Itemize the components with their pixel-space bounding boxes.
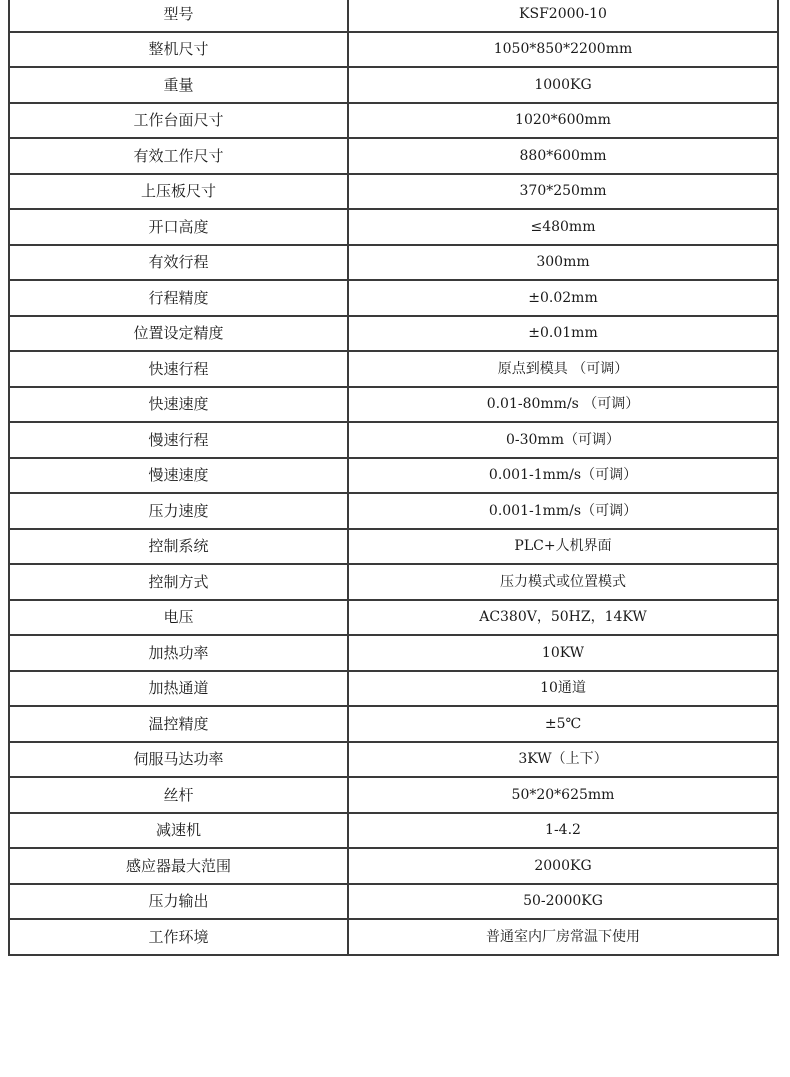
table-row: 工作环境普通室内厂房常温下使用 bbox=[9, 919, 778, 955]
spec-value-cell: 10通道 bbox=[348, 671, 778, 707]
table-row: 加热通道10通道 bbox=[9, 671, 778, 707]
spec-label-cell: 减速机 bbox=[9, 813, 348, 849]
spec-value-cell: 50*20*625mm bbox=[348, 777, 778, 813]
spec-label-cell: 位置设定精度 bbox=[9, 316, 348, 352]
table-row: 压力速度0.001-1mm/s（可调） bbox=[9, 493, 778, 529]
spec-label-cell: 加热功率 bbox=[9, 635, 348, 671]
spec-label-cell: 感应器最大范围 bbox=[9, 848, 348, 884]
table-row: 电压AC380V，50HZ，14KW bbox=[9, 600, 778, 636]
table-row: 快速速度0.01-80mm/s （可调） bbox=[9, 387, 778, 423]
spec-value-cell: PLC+人机界面 bbox=[348, 529, 778, 565]
table-row: 控制方式压力模式或位置模式 bbox=[9, 564, 778, 600]
spec-value-cell: 0-30mm（可调） bbox=[348, 422, 778, 458]
spec-label-cell: 控制系统 bbox=[9, 529, 348, 565]
spec-label-cell: 丝杆 bbox=[9, 777, 348, 813]
spec-label-cell: 压力输出 bbox=[9, 884, 348, 920]
spec-label-cell: 开口高度 bbox=[9, 209, 348, 245]
spec-label-cell: 压力速度 bbox=[9, 493, 348, 529]
spec-label-cell: 电压 bbox=[9, 600, 348, 636]
table-row: 整机尺寸1050*850*2200mm bbox=[9, 32, 778, 68]
spec-label-cell: 快速行程 bbox=[9, 351, 348, 387]
spec-value-cell: 300mm bbox=[348, 245, 778, 281]
table-row: 工作台面尺寸1020*600mm bbox=[9, 103, 778, 139]
spec-value-cell: 1020*600mm bbox=[348, 103, 778, 139]
spec-value-cell: ±5℃ bbox=[348, 706, 778, 742]
table-row: 丝杆50*20*625mm bbox=[9, 777, 778, 813]
spec-value-cell: 50-2000KG bbox=[348, 884, 778, 920]
table-row: 开口高度≤480mm bbox=[9, 209, 778, 245]
spec-label-cell: 工作环境 bbox=[9, 919, 348, 955]
spec-label-cell: 慢速速度 bbox=[9, 458, 348, 494]
spec-value-cell: 1050*850*2200mm bbox=[348, 32, 778, 68]
table-row: 行程精度±0.02mm bbox=[9, 280, 778, 316]
spec-value-cell: 0.001-1mm/s（可调） bbox=[348, 458, 778, 494]
spec-label-cell: 快速速度 bbox=[9, 387, 348, 423]
spec-label-cell: 行程精度 bbox=[9, 280, 348, 316]
spec-label-cell: 有效工作尺寸 bbox=[9, 138, 348, 174]
spec-value-cell: 原点到模具 （可调） bbox=[348, 351, 778, 387]
table-row: 温控精度±5℃ bbox=[9, 706, 778, 742]
table-row: 压力输出50-2000KG bbox=[9, 884, 778, 920]
spec-label-cell: 整机尺寸 bbox=[9, 32, 348, 68]
table-row: 重量1000KG bbox=[9, 67, 778, 103]
spec-value-cell: 1-4.2 bbox=[348, 813, 778, 849]
spec-value-cell: 3KW（上下） bbox=[348, 742, 778, 778]
spec-value-cell: 880*600mm bbox=[348, 138, 778, 174]
spec-label-cell: 工作台面尺寸 bbox=[9, 103, 348, 139]
spec-label-cell: 伺服马达功率 bbox=[9, 742, 348, 778]
spec-value-cell: 压力模式或位置模式 bbox=[348, 564, 778, 600]
table-row: 控制系统PLC+人机界面 bbox=[9, 529, 778, 565]
table-row: 感应器最大范围2000KG bbox=[9, 848, 778, 884]
spec-value-cell: ±0.02mm bbox=[348, 280, 778, 316]
spec-table-body: 型号KSF2000-10整机尺寸1050*850*2200mm重量1000KG工… bbox=[9, 0, 778, 955]
spec-label-cell: 慢速行程 bbox=[9, 422, 348, 458]
spec-label-cell: 加热通道 bbox=[9, 671, 348, 707]
spec-label-cell: 有效行程 bbox=[9, 245, 348, 281]
spec-label-cell: 型号 bbox=[9, 0, 348, 32]
spec-label-cell: 控制方式 bbox=[9, 564, 348, 600]
spec-label-cell: 重量 bbox=[9, 67, 348, 103]
spec-value-cell: 1000KG bbox=[348, 67, 778, 103]
table-row: 有效工作尺寸880*600mm bbox=[9, 138, 778, 174]
spec-value-cell: AC380V，50HZ，14KW bbox=[348, 600, 778, 636]
table-row: 快速行程原点到模具 （可调） bbox=[9, 351, 778, 387]
table-row: 上压板尺寸370*250mm bbox=[9, 174, 778, 210]
spec-value-cell: 2000KG bbox=[348, 848, 778, 884]
spec-table: 型号KSF2000-10整机尺寸1050*850*2200mm重量1000KG工… bbox=[8, 0, 779, 956]
spec-value-cell: KSF2000-10 bbox=[348, 0, 778, 32]
table-row: 加热功率10KW bbox=[9, 635, 778, 671]
spec-value-cell: 0.01-80mm/s （可调） bbox=[348, 387, 778, 423]
spec-value-cell: ±0.01mm bbox=[348, 316, 778, 352]
spec-label-cell: 温控精度 bbox=[9, 706, 348, 742]
table-row: 型号KSF2000-10 bbox=[9, 0, 778, 32]
spec-value-cell: 10KW bbox=[348, 635, 778, 671]
spec-value-cell: ≤480mm bbox=[348, 209, 778, 245]
spec-value-cell: 370*250mm bbox=[348, 174, 778, 210]
table-row: 位置设定精度±0.01mm bbox=[9, 316, 778, 352]
table-row: 慢速行程0-30mm（可调） bbox=[9, 422, 778, 458]
spec-value-cell: 普通室内厂房常温下使用 bbox=[348, 919, 778, 955]
table-row: 伺服马达功率3KW（上下） bbox=[9, 742, 778, 778]
spec-value-cell: 0.001-1mm/s（可调） bbox=[348, 493, 778, 529]
table-row: 有效行程300mm bbox=[9, 245, 778, 281]
spec-label-cell: 上压板尺寸 bbox=[9, 174, 348, 210]
table-row: 慢速速度0.001-1mm/s（可调） bbox=[9, 458, 778, 494]
table-row: 减速机1-4.2 bbox=[9, 813, 778, 849]
